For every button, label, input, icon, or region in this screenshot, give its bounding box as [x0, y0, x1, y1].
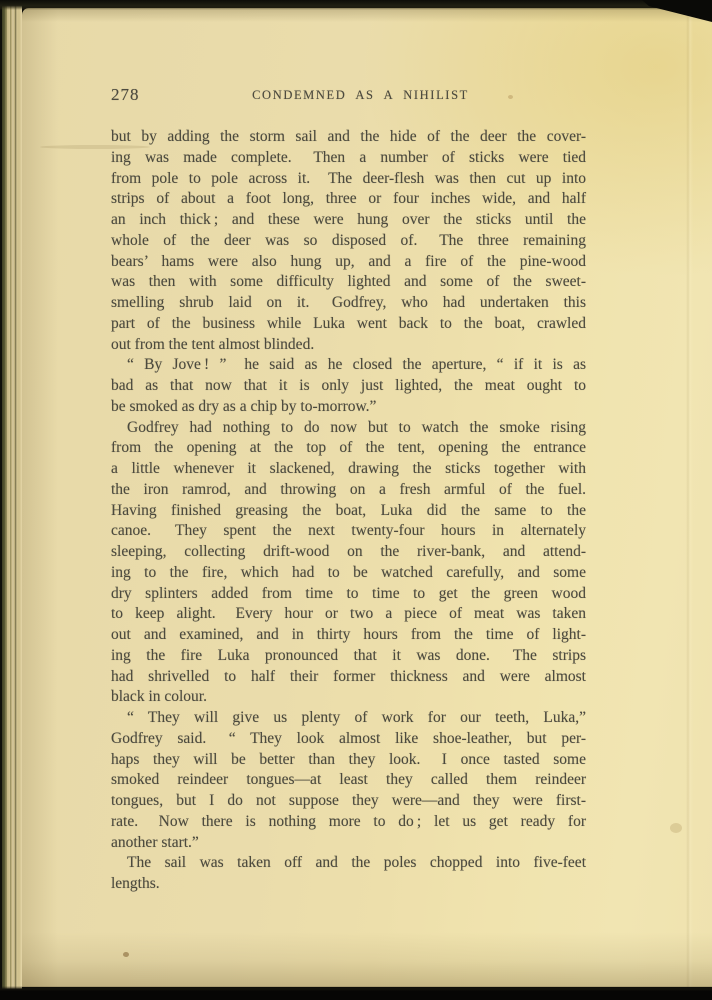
text-line: had shrivelled to half their former thic…: [111, 667, 586, 688]
text-line: canoe. They spent the next twenty-four h…: [111, 521, 586, 542]
text-line: but by adding the storm sail and the hid…: [111, 127, 586, 148]
text-line: ing to the fire, which had to be watched…: [111, 563, 586, 584]
text-line: “ They will give us plenty of work for o…: [111, 708, 586, 729]
text-line: “ By Jove ! ” he said as he closed the a…: [111, 355, 586, 376]
text-line: strips of about a foot long, three or fo…: [111, 189, 586, 210]
text-line: Godfrey said. “ They look almost like sh…: [111, 729, 586, 750]
text-line: part of the business while Luka went bac…: [111, 314, 586, 335]
book-binding-edge: [0, 0, 22, 1000]
text-line: the iron ramrod, and throwing on a fresh…: [111, 480, 586, 501]
paragraph: Godfrey had nothing to do now but to wat…: [111, 418, 586, 709]
text-line: smoked reindeer tongues—at least they ca…: [111, 770, 586, 791]
text-line: bears’ hams were also hung up, and a fir…: [111, 252, 586, 273]
paragraph: The sail was taken off and the poles cho…: [111, 853, 586, 895]
text-line: Having finished greasing the boat, Luka …: [111, 501, 586, 522]
text-line: sleeping, collecting drift-wood on the r…: [111, 542, 586, 563]
text-line: tongues, but I do not suppose they were—…: [111, 791, 586, 812]
text-line: to keep alight. Every hour or two a piec…: [111, 604, 586, 625]
text-line: was then with some difficulty lighted an…: [111, 272, 586, 293]
text-line: black in colour.: [111, 687, 586, 708]
text-line: from the opening at the top of the tent,…: [111, 438, 586, 459]
text-line: out from the tent almost blinded.: [111, 335, 586, 356]
book-top-edge: [0, 0, 712, 10]
page-header: 278 CONDEMNED AS A NIHILIST: [111, 85, 586, 107]
text-line: be smoked as dry as a chip by to-morrow.…: [111, 397, 586, 418]
page-text: but by adding the storm sail and the hid…: [111, 127, 586, 895]
text-line: an inch thick ; and these were hung over…: [111, 210, 586, 231]
text-line: dry splinters added from time to time to…: [111, 584, 586, 605]
book-scan: 278 CONDEMNED AS A NIHILIST but by addin…: [0, 0, 712, 1000]
text-line: Godfrey had nothing to do now but to wat…: [111, 418, 586, 439]
text-line: The sail was taken off and the poles cho…: [111, 853, 586, 874]
running-title: CONDEMNED AS A NIHILIST: [135, 88, 586, 103]
book-bottom-edge: [0, 986, 712, 1000]
paragraph: “ By Jove ! ” he said as he closed the a…: [111, 355, 586, 417]
paragraph: but by adding the storm sail and the hid…: [111, 127, 586, 355]
paper-speck: [123, 952, 129, 957]
text-line: lengths.: [111, 874, 586, 895]
text-line: out and examined, and in thirty hours fr…: [111, 625, 586, 646]
paragraph: “ They will give us plenty of work for o…: [111, 708, 586, 853]
text-line: another start.”: [111, 833, 586, 854]
paper-speck: [670, 823, 682, 833]
text-line: smelling shrub laid on it. Godfrey, who …: [111, 293, 586, 314]
text-line: haps they will be better than they look.…: [111, 750, 586, 771]
text-line: a little whenever it slackened, drawing …: [111, 459, 586, 480]
text-line: whole of the deer was so disposed of. Th…: [111, 231, 586, 252]
text-line: rate. Now there is nothing more to do ; …: [111, 812, 586, 833]
text-line: bad as that now that it is only just lig…: [111, 376, 586, 397]
text-line: from pole to pole across it. The deer-fl…: [111, 169, 586, 190]
text-line: ing the fire Luka pronounced that it was…: [111, 646, 586, 667]
text-line: ing was made complete. Then a number of …: [111, 148, 586, 169]
